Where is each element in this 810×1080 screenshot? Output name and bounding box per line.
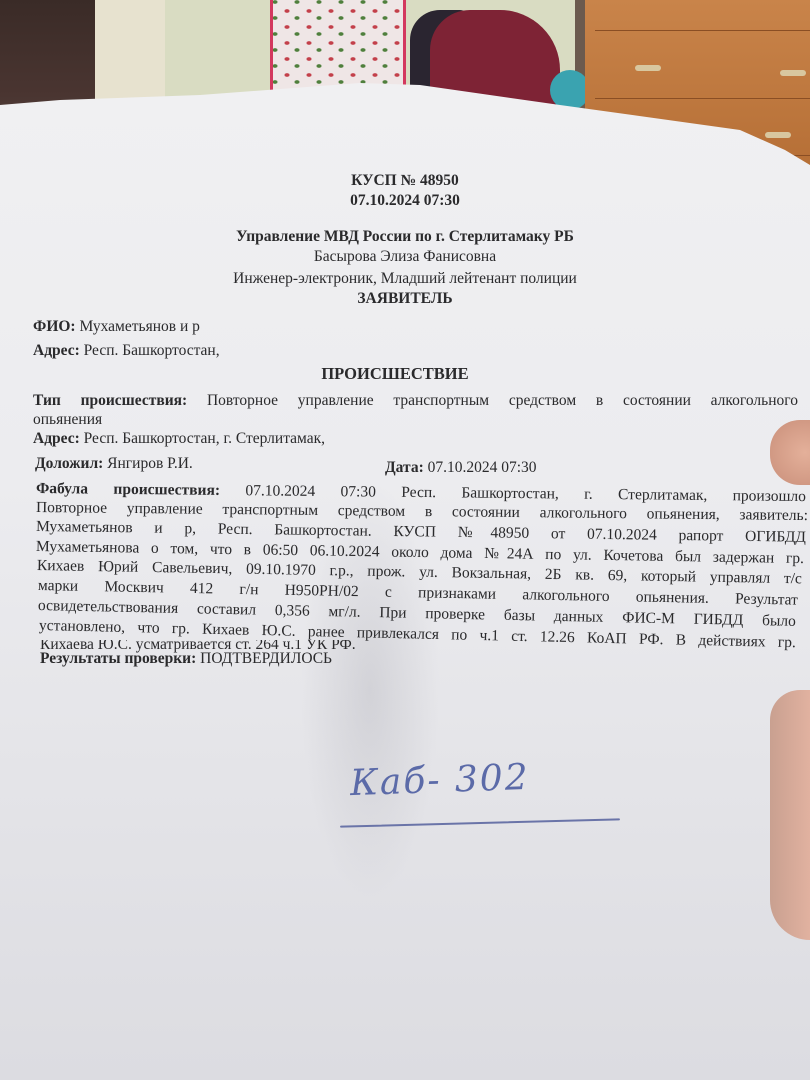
incident-type-label: Тип происшествия:: [33, 392, 187, 409]
result-label: Результаты проверки:: [40, 650, 196, 667]
incident-address-label: Адрес:: [33, 430, 80, 447]
applicant-address-row: Адрес: Респ. Башкортостан,: [33, 342, 220, 360]
kusp-number: КУСП № 48950: [0, 172, 810, 190]
reported-label: Доложил:: [35, 455, 103, 472]
incident-section-title: ПРОИСШЕСТВИЕ: [0, 364, 800, 384]
applicant-address-label: Адрес:: [33, 342, 80, 359]
officer-position: Инженер-электроник, Младший лейтенант по…: [0, 270, 810, 288]
applicant-fio-row: ФИО: Мухаметьянов и р: [33, 318, 200, 336]
kusp-datetime: 07.10.2024 07:30: [0, 192, 810, 210]
applicant-address-value: Респ. Башкортостан,: [84, 342, 220, 359]
incident-address-row: Адрес: Респ. Башкортостан, г. Стерлитама…: [33, 430, 325, 448]
officer-name: Басырова Элиза Фанисовна: [0, 248, 810, 266]
date-value: 07.10.2024 07:30: [428, 459, 537, 476]
verification-result-row: Результаты проверки: ПОДТВЕРДИЛОСЬ: [40, 650, 332, 668]
reported-by-row: Доложил: Янгиров Р.И.: [35, 455, 193, 473]
handwritten-room-note: Каб- 302: [349, 757, 530, 804]
fio-value: Мухаметьянов и р: [79, 318, 199, 335]
department: Управление МВД России по г. Стерлитамаку…: [0, 228, 810, 246]
incident-type-continued: опьянения: [33, 411, 102, 429]
document: КУСП № 48950 07.10.2024 07:30 Управление…: [0, 0, 810, 1080]
holding-finger-bottom: [770, 690, 810, 940]
handwritten-underline: [340, 818, 620, 827]
incident-type-row: Тип происшествия: Повторное управление т…: [33, 392, 798, 410]
result-value: ПОДТВЕРДИЛОСЬ: [200, 650, 332, 667]
incident-type-value: Повторное управление транспортным средст…: [207, 392, 798, 409]
fio-label: ФИО:: [33, 318, 76, 335]
date-label: Дата:: [385, 459, 424, 476]
applicant-section-title: ЗАЯВИТЕЛЬ: [0, 290, 810, 308]
fabula-label: Фабула происшествия:: [36, 480, 220, 499]
date-row: Дата: 07.10.2024 07:30: [385, 459, 537, 477]
incident-address-value: Респ. Башкортостан, г. Стерлитамак,: [84, 430, 325, 447]
reported-value: Янгиров Р.И.: [107, 455, 193, 472]
